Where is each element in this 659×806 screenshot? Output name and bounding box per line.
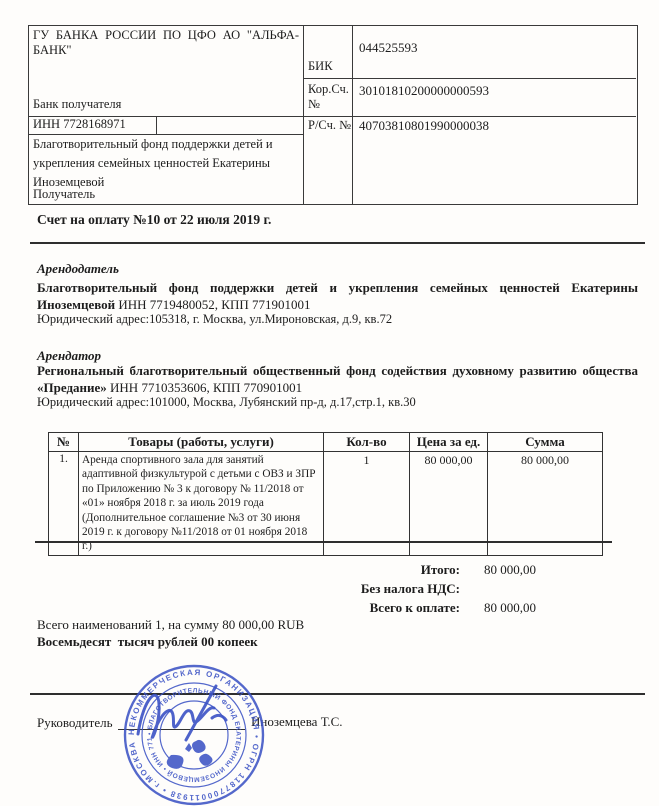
invoice-document: ГУ БАНКА РОССИИ ПО ЦФО АО "АЛЬФА-БАНК" Б… <box>0 0 659 806</box>
bik-label: БИК <box>308 59 333 74</box>
bik-value: 044525593 <box>359 40 418 56</box>
account-value: 40703810801990000038 <box>359 118 489 134</box>
signature-role-label: Руководитель <box>37 715 113 731</box>
items-header-row: № Товары (работы, услуги) Кол-во Цена за… <box>49 433 603 452</box>
recipient-bank-label: Банк получателя <box>33 97 121 112</box>
lessee-heading: Арендатор <box>37 348 101 364</box>
lessee-address: Юридический адрес:101000, Москва, Лубянс… <box>37 395 416 410</box>
table-divider <box>303 26 304 204</box>
item-qty: 1 <box>324 452 410 556</box>
vat-label: Без налога НДС: <box>290 581 460 597</box>
lessor-name: Благотворительный фонд поддержки детей и… <box>37 280 638 313</box>
recipient-bank-name: ГУ БАНКА РОССИИ ПО ЦФО АО "АЛЬФА-БАНК" <box>33 28 299 58</box>
recipient-name: Благотворительный фонд поддержки детей и… <box>33 135 299 192</box>
horizontal-rule <box>30 242 645 244</box>
due-value: 80 000,00 <box>460 600 560 616</box>
col-header-qty: Кол-во <box>324 433 410 452</box>
table-bottom-rule <box>35 541 612 543</box>
total-label: Итого: <box>290 562 460 578</box>
summary-line: Всего наименований 1, на сумму 80 000,00… <box>37 617 304 633</box>
invoice-title: Счет на оплату №10 от 22 июля 2019 г. <box>37 212 271 228</box>
recipient-inn: ИНН 7728168971 <box>33 117 126 132</box>
col-header-sum: Сумма <box>488 433 603 452</box>
handwritten-signature <box>128 678 263 748</box>
table-divider <box>156 116 157 135</box>
table-divider <box>303 78 636 79</box>
lessor-heading: Арендодатель <box>37 261 119 277</box>
bank-requisites-table: ГУ БАНКА РОССИИ ПО ЦФО АО "АЛЬФА-БАНК" Б… <box>28 25 638 205</box>
corr-account-label: Кор.Сч. № <box>308 82 352 112</box>
col-header-num: № <box>49 433 79 452</box>
table-divider <box>352 26 353 204</box>
account-label: Р/Сч. № <box>308 118 354 133</box>
item-sum: 80 000,00 <box>488 452 603 556</box>
items-table: № Товары (работы, услуги) Кол-во Цена за… <box>48 432 603 556</box>
item-number: 1. <box>49 452 79 556</box>
corr-account-value: 30101810200000000593 <box>359 83 489 99</box>
total-value: 80 000,00 <box>460 562 560 578</box>
col-header-price: Цена за ед. <box>410 433 488 452</box>
recipient-label: Получатель <box>33 187 95 202</box>
item-description: Аренда спортивного зала для занятий адап… <box>79 452 324 556</box>
col-header-goods: Товары (работы, услуги) <box>79 433 324 452</box>
due-label: Всего к оплате: <box>290 600 460 616</box>
amount-in-words: Восемьдесят тысяч рублей 00 копеек <box>37 634 258 650</box>
item-price: 80 000,00 <box>410 452 488 556</box>
lessor-address: Юридический адрес:105318, г. Москва, ул.… <box>37 312 392 327</box>
table-row: 1. Аренда спортивного зала для занятий а… <box>49 452 603 556</box>
lessor-inn-kpp: ИНН 7719480052, КПП 771901001 <box>118 297 310 312</box>
lessee-inn-kpp: ИНН 7710353606, КПП 770901001 <box>110 380 302 395</box>
lessee-name: Региональный благотворительный обществен… <box>37 363 638 396</box>
